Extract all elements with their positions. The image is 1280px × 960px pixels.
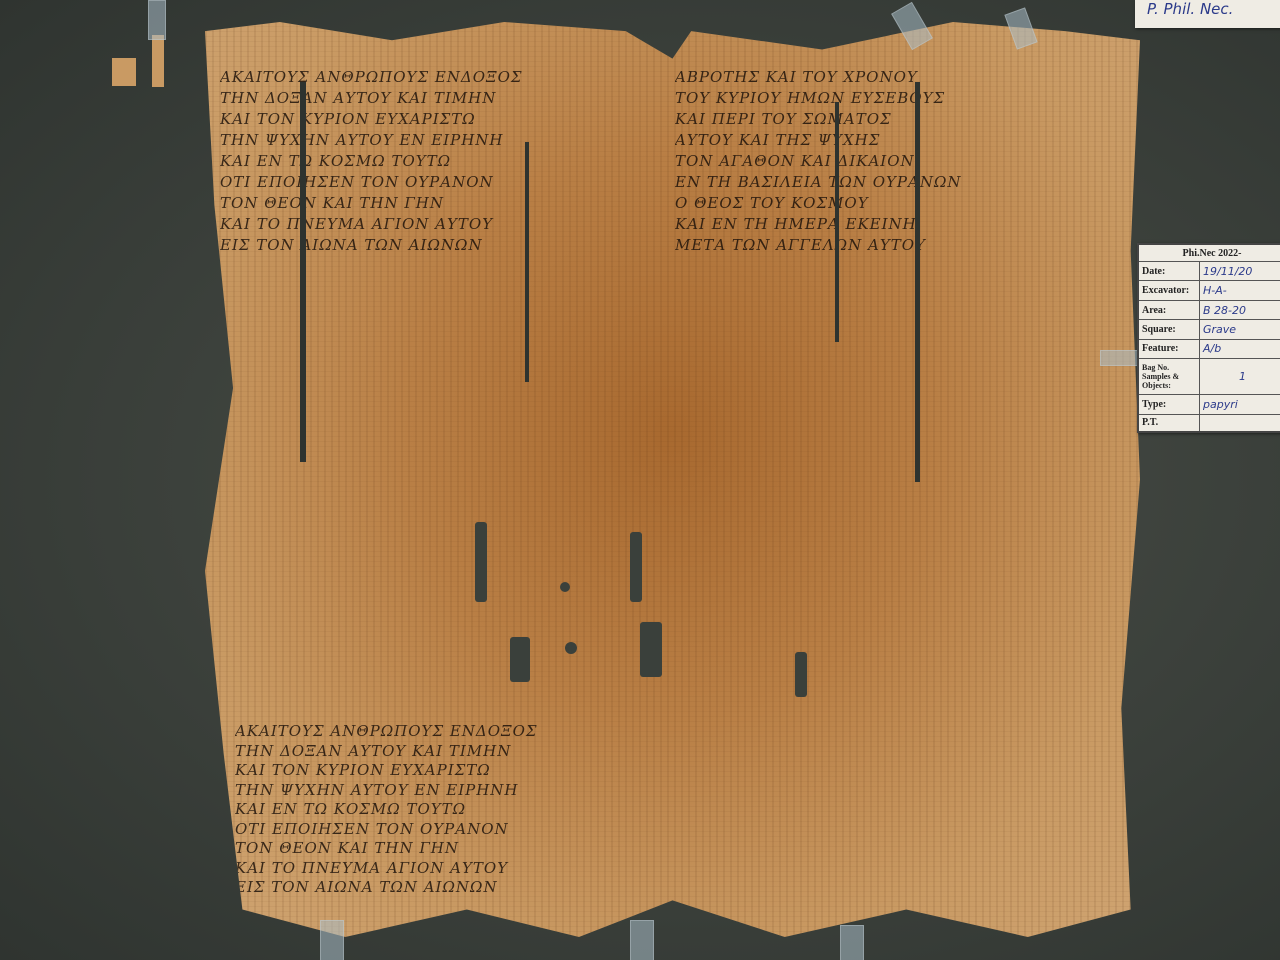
hole [640, 622, 662, 677]
papyrus-fragment [112, 58, 136, 86]
crack [300, 82, 306, 462]
hole [560, 582, 570, 592]
label-key: Square: [1138, 320, 1200, 339]
label-value-type: papyri [1200, 395, 1280, 414]
label-key: Area: [1138, 300, 1200, 319]
top-label-text: P. Phil. Nec. [1147, 0, 1233, 18]
hole [565, 642, 577, 654]
label-key: Date: [1138, 262, 1200, 281]
label-value-feature: A/b [1200, 339, 1280, 358]
label-value-bag: 1 [1200, 359, 1280, 395]
hole [795, 652, 807, 697]
papyrus-fragment [152, 35, 164, 87]
crack [835, 102, 839, 342]
label-value-date: 19/11/20 [1200, 262, 1280, 281]
tape-strip [840, 925, 864, 960]
tape-strip [320, 920, 344, 960]
right-text-column: ΑΒΡΟΤΗΣ ΚΑΙ ΤΟΥ ΧΡΟΝΟΥ ΤΟΥ ΚΥΡΙΟΥ ΗΜΩΝ Ε… [675, 67, 1115, 927]
crack [525, 142, 529, 382]
label-value-square: Grave [1200, 320, 1280, 339]
left-text-column: ΑΚΑΙΤΟΥΣ ΑΝΘΡΩΠΟΥΣ ΕΝΔΟΞΟΣ ΤΗΝ ΔΟΞΑΝ ΑΥΤ… [220, 67, 620, 727]
tape-strip [148, 0, 166, 40]
label-key: P.T. [1138, 414, 1200, 432]
tape-strip [1100, 350, 1142, 366]
top-label-card: P. Phil. Nec. [1135, 0, 1280, 28]
label-value-area: B 28-20 [1200, 300, 1280, 319]
crack [915, 82, 920, 482]
label-value-excavator: H-A- [1200, 281, 1280, 300]
tape-strip [630, 920, 654, 960]
hole [510, 637, 530, 682]
hole [475, 522, 487, 602]
label-key: Bag No. Samples & Objects: [1138, 359, 1200, 395]
label-key: Type: [1138, 395, 1200, 414]
left-text-column-lower: ΑΚΑΙΤΟΥΣ ΑΝΘΡΩΠΟΥΣ ΕΝΔΟΞΟΣ ΤΗΝ ΔΟΞΑΝ ΑΥΤ… [235, 722, 615, 902]
label-key: Feature: [1138, 339, 1200, 358]
label-title: Phi.Nec 2022- [1138, 244, 1280, 262]
excavation-label-card: Phi.Nec 2022- Date:19/11/20 Excavator:H-… [1137, 243, 1280, 433]
papyrus-sheet: ΑΚΑΙΤΟΥΣ ΑΝΘΡΩΠΟΥΣ ΕΝΔΟΞΟΣ ΤΗΝ ΔΟΞΑΝ ΑΥΤ… [205, 22, 1140, 937]
hole [630, 532, 642, 602]
label-key: Excavator: [1138, 281, 1200, 300]
label-value-pt [1200, 414, 1280, 432]
